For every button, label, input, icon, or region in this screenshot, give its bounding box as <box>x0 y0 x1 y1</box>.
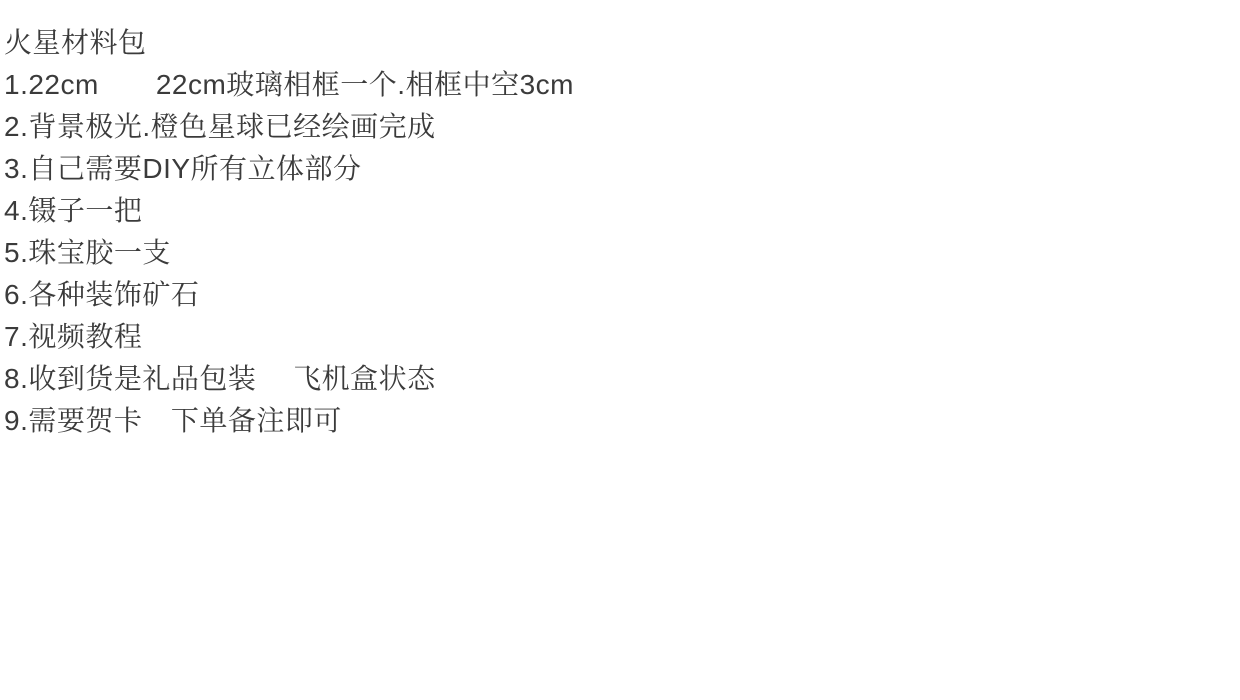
description-line-3: 3.自己需要DIY所有立体部分 <box>4 148 1240 190</box>
description-line-4: 4.镊子一把 <box>4 190 1240 232</box>
product-description-title: 火星材料包 <box>4 22 1240 64</box>
product-description-block: 火星材料包 1.22cm 22cm玻璃相框一个.相框中空3cm 2.背景极光.橙… <box>4 22 1240 442</box>
description-line-8: 8.收到货是礼品包装 飞机盒状态 <box>4 358 1240 400</box>
description-line-5: 5.珠宝胶一支 <box>4 232 1240 274</box>
description-line-7: 7.视频教程 <box>4 316 1240 358</box>
description-line-6: 6.各种装饰矿石 <box>4 274 1240 316</box>
product-description-page: 火星材料包 1.22cm 22cm玻璃相框一个.相框中空3cm 2.背景极光.橙… <box>0 0 1240 700</box>
description-line-1: 1.22cm 22cm玻璃相框一个.相框中空3cm <box>4 64 1240 106</box>
description-line-9: 9.需要贺卡 下单备注即可 <box>4 400 1240 442</box>
description-line-2: 2.背景极光.橙色星球已经绘画完成 <box>4 106 1240 148</box>
